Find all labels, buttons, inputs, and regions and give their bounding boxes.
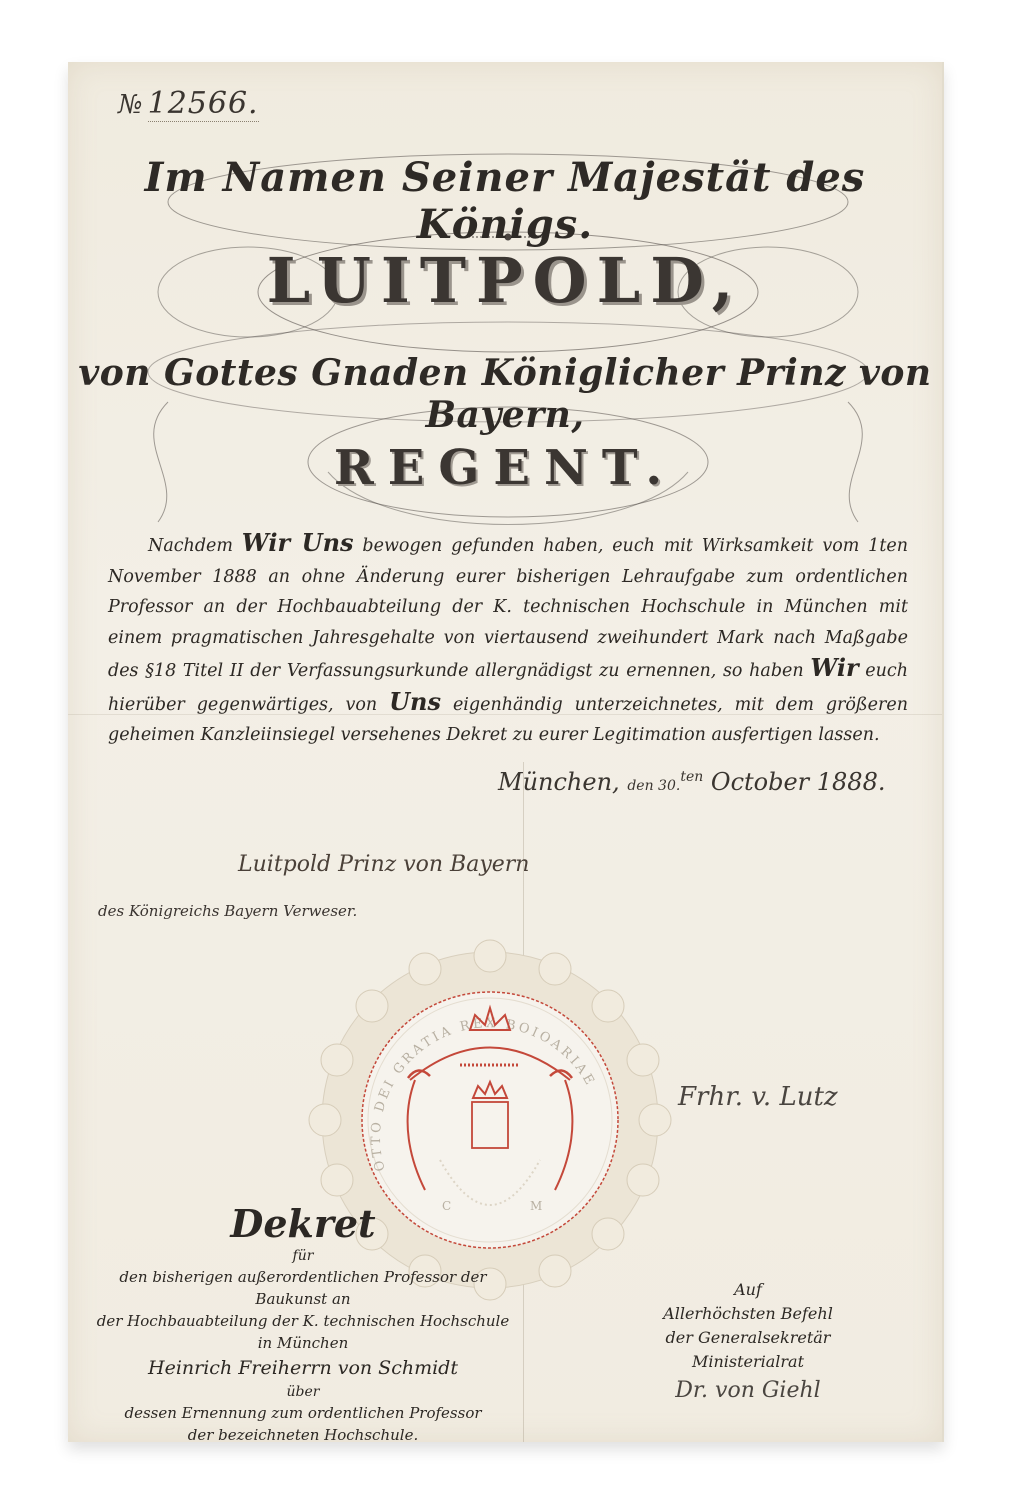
heading-invocation: Im Namen Seiner Majestät des Königs. — [68, 154, 942, 248]
certificate-paper: №12566. Im Namen Seiner Majestät des Kön… — [68, 62, 944, 1442]
secretary-signature: Dr. von Giehl — [628, 1374, 868, 1408]
minister-signature: Frhr. v. Lutz — [678, 1082, 838, 1112]
decree-title: Dekret — [88, 1202, 518, 1246]
decree-body-text: Nachdem Wir Uns bewogen gefunden haben, … — [108, 528, 908, 751]
heading-name: LUITPOLD, — [68, 244, 942, 317]
decree-summary: Dekret für den bisherigen außerordentlic… — [88, 1202, 518, 1446]
recipient-name: Heinrich Freiherrn von Schmidt — [88, 1354, 518, 1382]
heading-regent: REGENT. — [68, 440, 942, 496]
regent-signature-title: des Königreichs Bayern Verweser. — [98, 902, 357, 920]
salary-amount: viertausend zweihundert Mark — [484, 628, 764, 648]
heading-title-line: von Gottes Gnaden Königlicher Prinz von … — [68, 352, 942, 436]
command-countersignature: Auf Allerhöchsten Befehl der Generalsekr… — [628, 1278, 868, 1408]
document-number: №12566. — [118, 86, 259, 121]
regent-signature: Luitpold Prinz von Bayern — [238, 852, 529, 877]
place-and-date: München, den 30.ten October 1888. — [498, 768, 885, 796]
svg-text:M: M — [530, 1199, 542, 1213]
